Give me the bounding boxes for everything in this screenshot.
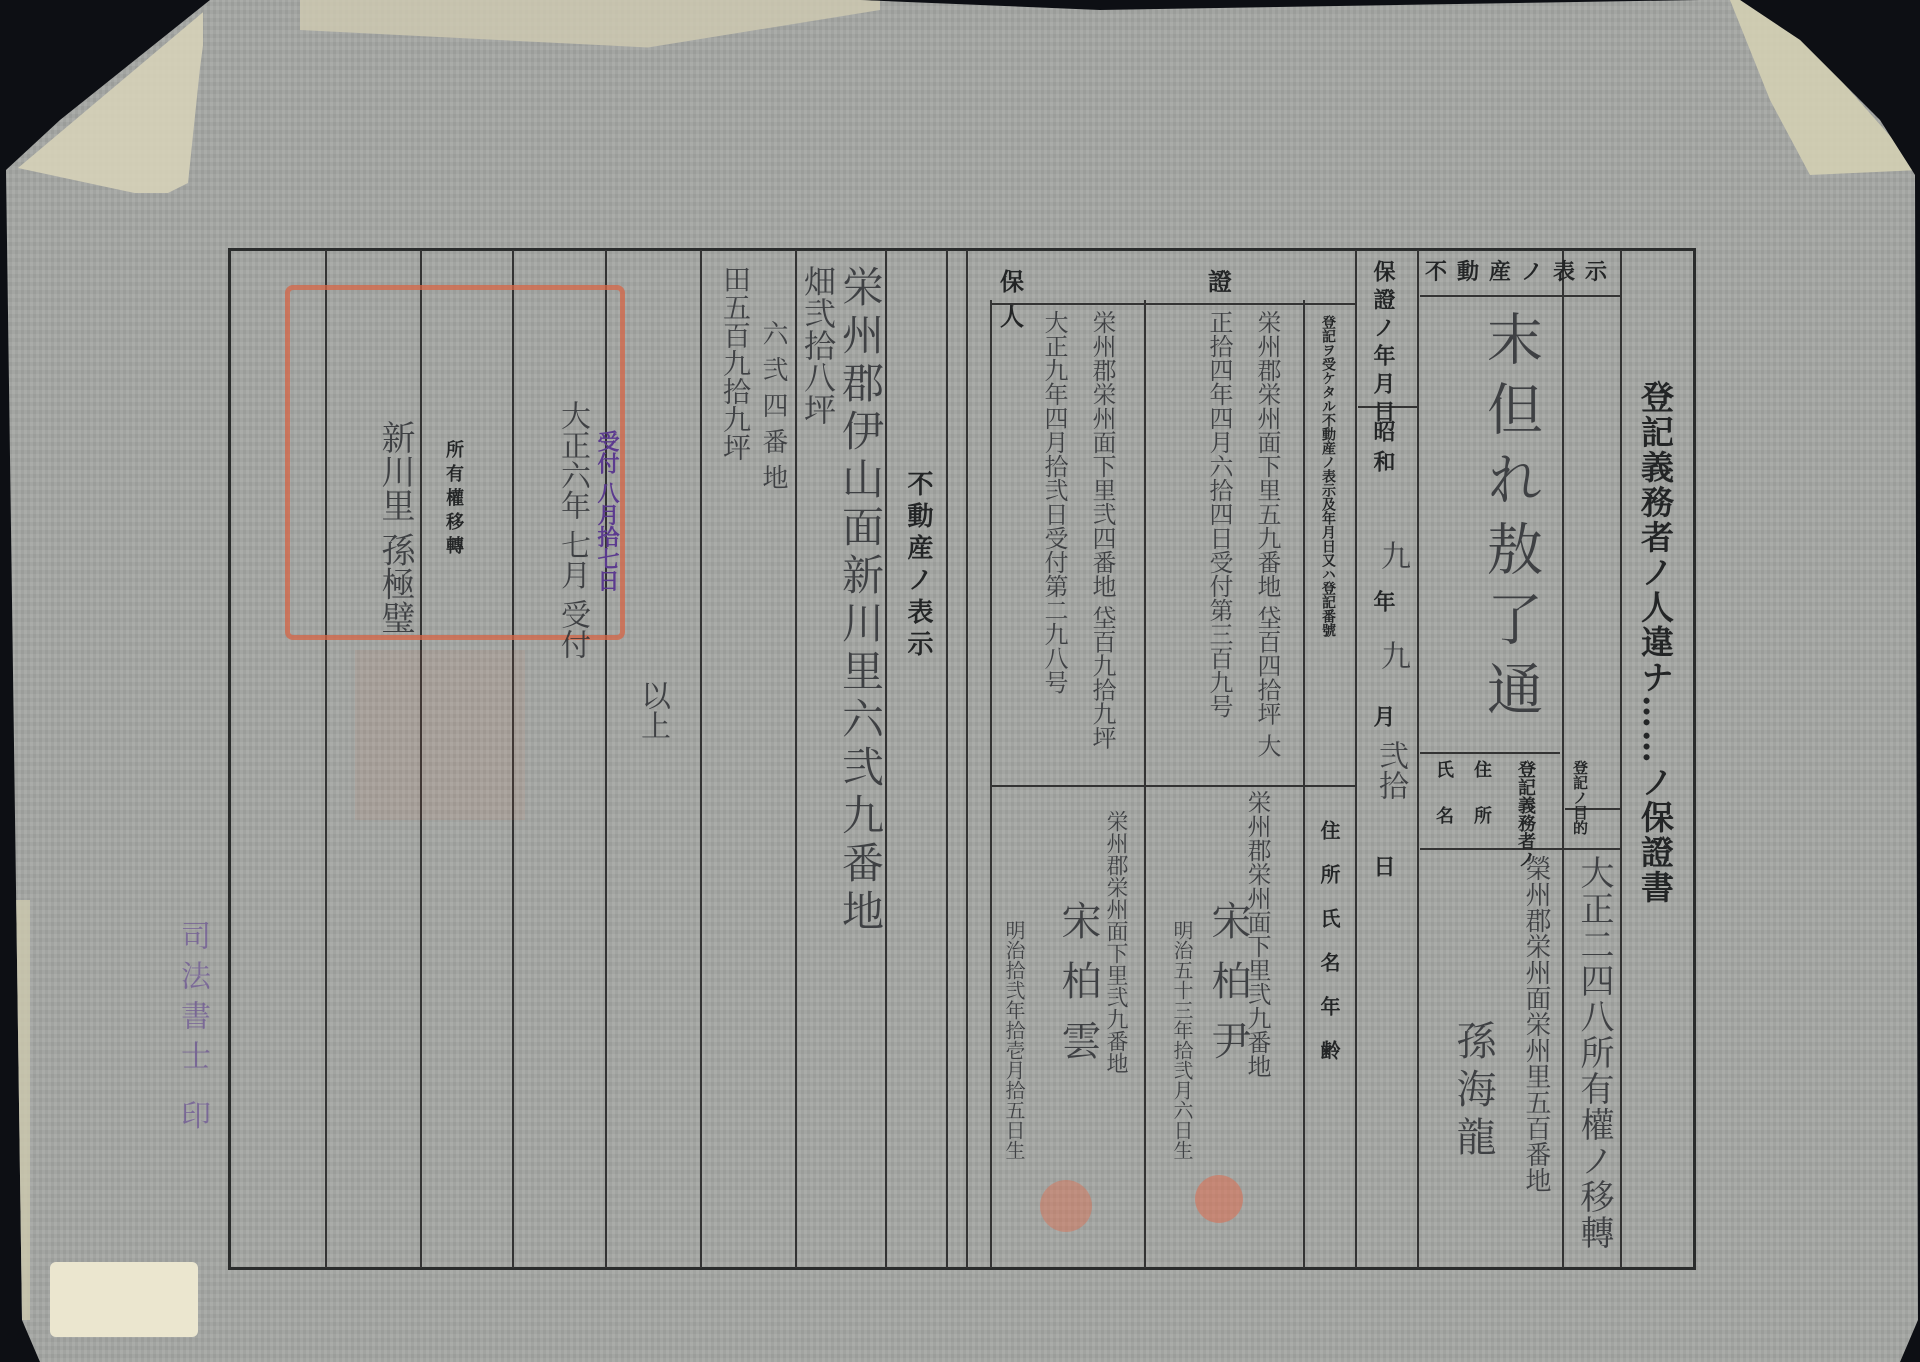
- property-display-header: 不動産ノ表示: [1425, 255, 1617, 286]
- guarantee-era: 昭和: [1368, 420, 1399, 480]
- owner-name: 新川里 孫極璧: [370, 420, 420, 635]
- folded-top-edge: [300, 0, 880, 50]
- official-seal-stamp: [355, 650, 525, 820]
- divider: [1420, 752, 1560, 754]
- left-property-line2: 畑弐拾八坪: [795, 265, 841, 425]
- guarantor2-seal: [1040, 1180, 1092, 1232]
- guarantor2-name: 宋柏雲: [1050, 900, 1107, 1080]
- divider: [1620, 250, 1622, 1268]
- obligor-address-value: 榮州郡栄州面栄州里五百番地: [1518, 855, 1555, 1193]
- left-property-line3: 六弐四番地: [755, 320, 792, 500]
- archive-label-sticker: [50, 1262, 198, 1337]
- left-property-line4: 田五百九拾九坪: [715, 265, 755, 461]
- guarantor2-birth: 明治拾弐年拾壱月拾五日生: [1000, 920, 1029, 1160]
- guarantor-fields-label: 住所氏名年齢: [1315, 820, 1344, 1084]
- divider: [1144, 300, 1146, 1268]
- guarantor1-birth: 明治五十三年拾弐月六日生: [1168, 920, 1197, 1160]
- divider: [1303, 300, 1305, 1268]
- divider: [946, 250, 948, 1268]
- guarantor2-registered-property: 栄州郡栄州面下里弐四番地 垈百九拾九坪 大正九年四月拾弐日受付第二九八号: [1030, 310, 1126, 780]
- divider: [1355, 250, 1357, 1268]
- folded-corner-top-left: [8, 8, 203, 193]
- ownership-transfer-label: 所有權移轉: [440, 440, 466, 560]
- left-property-display-header: 不動産ノ表示: [900, 470, 937, 662]
- guarantee-year: 九: [1370, 540, 1414, 570]
- document-title: 登記義務者ノ人違ナ……ノ保證書: [1632, 380, 1679, 905]
- registration-purpose-label: 登記ノ目的: [1570, 760, 1591, 835]
- divider: [700, 250, 702, 1268]
- guarantee-month: 九: [1370, 640, 1414, 670]
- divider: [1417, 250, 1419, 1268]
- obligor-name-label: 氏名: [1430, 760, 1456, 852]
- obligor-label: 登記義務者ノ: [1512, 760, 1538, 868]
- guarantor1-seal: [1195, 1175, 1243, 1223]
- year-label: 年: [1368, 590, 1399, 612]
- property-display-value: 末但れ敖了通: [1470, 310, 1550, 730]
- closing-mark: 以上: [630, 680, 674, 740]
- divider: [966, 250, 968, 1268]
- registered-property-label: 登記ヲ受ケタル不動産ノ表示及年月日又ハ登記番號: [1318, 315, 1338, 637]
- obligor-address-label: 住所: [1468, 760, 1494, 852]
- scrivener-stamp: 司法書士 印: [170, 920, 214, 1140]
- divider: [990, 300, 992, 1268]
- property-display-header-text: 不動産ノ表示: [1425, 259, 1617, 285]
- receipt-note: 大正六年 七月 受付: [550, 400, 594, 659]
- divider: [990, 785, 1355, 787]
- guarantee-day: 弐拾: [1368, 740, 1412, 800]
- guarantor1-name: 宋柏尹: [1200, 900, 1257, 1080]
- registration-purpose-value: 大正二四八所有權ノ移轉: [1570, 855, 1619, 1251]
- folded-corner-top-right: [1730, 0, 1920, 180]
- day-label: 日: [1368, 855, 1399, 877]
- divider: [1562, 250, 1564, 1268]
- document-sheet: 登記義務者ノ人違ナ……ノ保證書 不動産ノ表示 末但れ敖了通 登記ノ目的 大正二四…: [0, 0, 1920, 1362]
- month-label: 月: [1368, 705, 1399, 727]
- guarantor1-registered-property: 栄州郡栄州面下里五九番地 垈百四拾坪 大正拾四年四月六拾四日受付第三百九号: [1195, 310, 1291, 780]
- torn-left-edge: [10, 900, 30, 1320]
- divider: [1420, 295, 1620, 297]
- obligor-name-value: 孫海龍: [1445, 1020, 1502, 1164]
- receipt-date-stamp: 受付 八月拾七日: [592, 430, 623, 592]
